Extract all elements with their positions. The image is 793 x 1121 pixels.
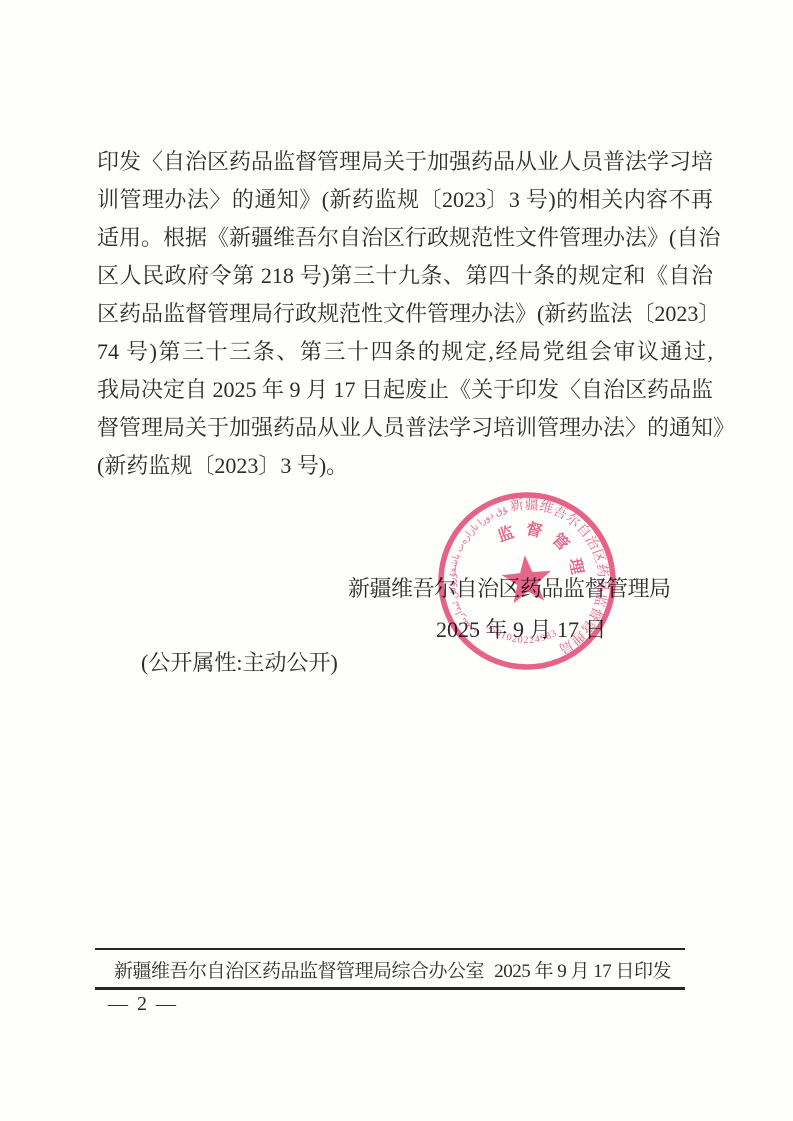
official-seal-stamp: 新疆维吾尔自治区药品监督管理局 شىنجاڭ ئۇيغۇر ئاپتونوم ر…: [424, 478, 630, 684]
body-line: 74 号)第三十三条、第三十四条的规定,经局党组会审议通过,: [97, 333, 713, 371]
footer-print-date: 2025 年 9 月 17 日印发: [494, 956, 671, 983]
document-page: 印发〈自治区药品监督管理局关于加强药品从业人员普法学习培 训管理办法〉的通知》(…: [0, 0, 793, 1121]
body-line: 区药品监督管理局行政规范性文件管理办法》(新药监法〔2023〕: [97, 295, 713, 333]
publicity-attribute: (公开属性:主动公开): [141, 646, 338, 677]
body-line: 适用。根据《新疆维吾尔自治区行政规范性文件管理办法》(自治: [97, 219, 713, 257]
footer-row: 新疆维吾尔自治区药品监督管理局综合办公室 2025 年 9 月 17 日印发: [95, 956, 685, 983]
body-line: 印发〈自治区药品监督管理局关于加强药品从业人员普法学习培: [97, 143, 713, 181]
body-line: 督管理局关于加强药品从业人员普法学习培训管理办法〉的通知》: [97, 409, 713, 447]
page-number: — 2 —: [108, 993, 178, 1016]
footer-top-rule: [95, 948, 685, 950]
footer-issuer: 新疆维吾尔自治区药品监督管理局综合办公室: [114, 956, 484, 983]
body-line: 我局决定自 2025 年 9 月 17 日起废止《关于印发〈自治区药品监: [97, 371, 713, 409]
body-line: 训管理办法〉的通知》(新药监规〔2023〕3 号)的相关内容不再: [97, 181, 713, 219]
svg-text:6501020224983: 6501020224983: [483, 615, 560, 650]
seal-ring-text-uyghur: شىنجاڭ ئۇيغۇر ئاپتونوم رايونلۇق دورا ناز…: [424, 478, 520, 640]
seal-star-icon: [500, 553, 553, 604]
body-paragraph: 印发〈自治区药品监督管理局关于加强药品从业人员普法学习培 训管理办法〉的通知》(…: [97, 143, 713, 485]
body-line: 区人民政府令第 218 号)第三十九条、第四十条的规定和《自治: [97, 257, 713, 295]
svg-text:شىنجاڭ ئۇيغۇر ئاپتونوم رايونلۇ: شىنجاڭ ئۇيغۇر ئاپتونوم رايونلۇق دورا ناز…: [424, 478, 520, 640]
footer-bottom-rule: [95, 987, 685, 990]
seal-serial-number: 6501020224983: [483, 615, 560, 650]
body-line: (新药监规〔2023〕3 号)。: [97, 447, 713, 485]
